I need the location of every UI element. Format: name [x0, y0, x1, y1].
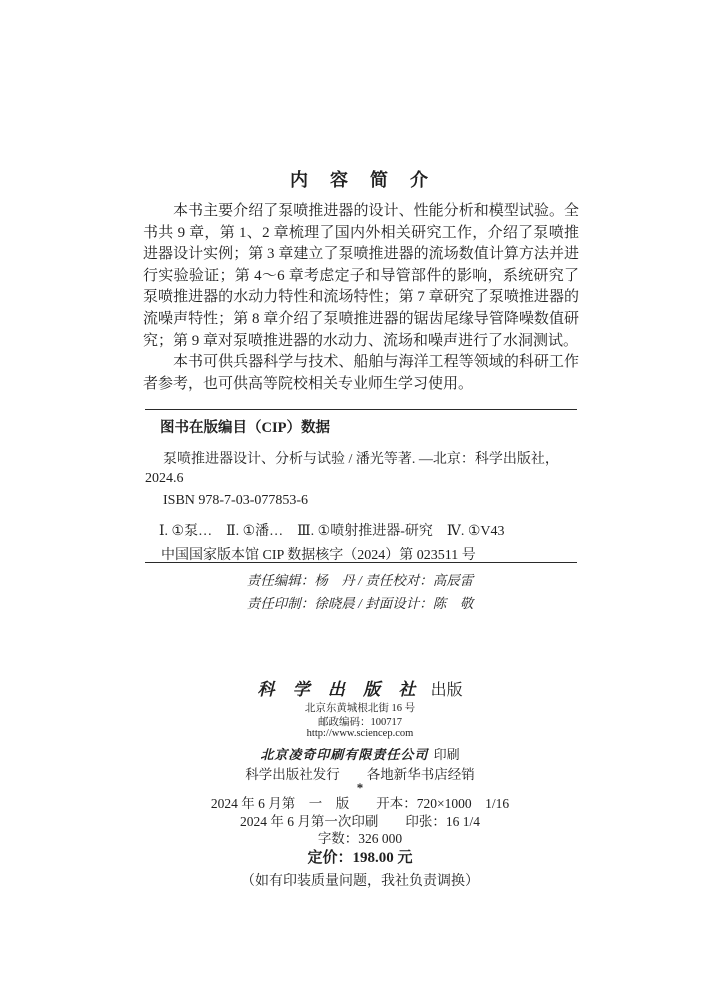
word-count-line: 字数：326 000	[0, 827, 720, 847]
editors-credit-line: 责任编辑：杨 丹 / 责任校对：高辰雷	[0, 569, 720, 592]
printed-by-label: 印刷	[434, 747, 460, 762]
cip-book-title-line: 泵喷推进器设计、分析与试验 / 潘光等著. —北京：科学出版社，	[145, 448, 559, 468]
cip-year-line: 2024.6	[145, 471, 184, 487]
cip-registry-number: 中国国家版本馆 CIP 数据核字（2024）第 023511 号	[145, 544, 476, 564]
first-edition-line: 2024 年 6 月第 一 版 开本：720×1000 1/16	[0, 792, 720, 812]
cip-bottom-rule	[145, 562, 577, 563]
staff-credits: 责任编辑：杨 丹 / 责任校对：高辰雷 责任印制：徐晓晨 / 封面设计：陈 敬	[0, 569, 720, 615]
cip-isbn: ISBN 978-7-03-077853-6	[145, 493, 308, 509]
cip-top-rule	[145, 409, 577, 410]
cip-heading: 图书在版编目（CIP）数据	[160, 416, 330, 437]
summary-paragraph-2: 本书可供兵器科学与技术、船舶与海洋工程等领域的科研工作者参考，也可供高等院校相关…	[143, 352, 579, 395]
copyright-page: 内 容 简 介 本书主要介绍了泵喷推进器的设计、性能分析和模型试验。全书共 9 …	[0, 0, 720, 1000]
price-line: 定价：198.00 元	[0, 846, 720, 867]
summary-paragraph-1: 本书主要介绍了泵喷推进器的设计、性能分析和模型试验。全书共 9 章，第 1、2 …	[143, 201, 579, 352]
content-summary: 本书主要介绍了泵喷推进器的设计、性能分析和模型试验。全书共 9 章，第 1、2 …	[143, 201, 579, 395]
publisher-website: http://www.sciencep.com	[0, 728, 720, 739]
publisher-name: 科 学 出 版 社	[257, 680, 422, 699]
publisher-name-line: 科 学 出 版 社 出版	[0, 675, 720, 700]
content-summary-title: 内 容 简 介	[0, 166, 720, 192]
print-design-credit-line: 责任印制：徐晓晨 / 封面设计：陈 敬	[0, 592, 720, 615]
publish-label: 出版	[431, 682, 463, 699]
quality-exchange-note: （如有印装质量问题，我社负责调换）	[0, 870, 720, 890]
printer-name: 北京凌奇印刷有限责任公司	[260, 747, 428, 762]
publisher-postcode: 邮政编码：100717	[0, 714, 720, 729]
cip-classification: Ⅰ. ①泵… Ⅱ. ①潘… Ⅲ. ①喷射推进器-研究 Ⅳ. ①V43	[145, 520, 505, 540]
publisher-address: 北京东黄城根北街 16 号	[0, 700, 720, 715]
printer-line: 北京凌奇印刷有限责任公司 印刷	[0, 744, 720, 763]
